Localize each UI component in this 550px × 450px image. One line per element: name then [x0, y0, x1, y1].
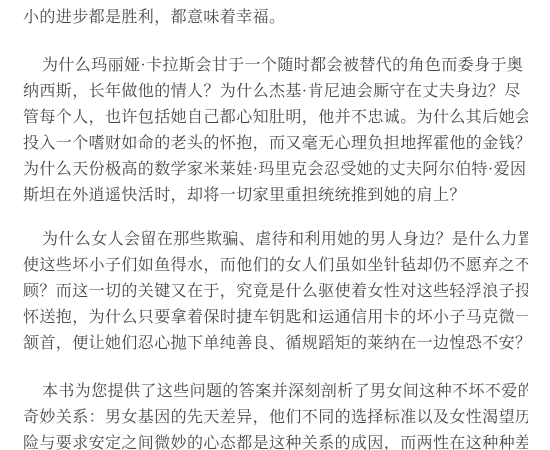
text-line: 为什么玛丽娅·卡拉斯会甘于一个随时都会被替代的角色而委身于奥 [23, 53, 528, 79]
text-line: 管每个人，也许包括她自己都心知肚明，他并不忠诚。为什么其后她会 [23, 105, 528, 131]
book-page: 小的进步都是胜利，都意味着幸福。 为什么玛丽娅·卡拉斯会甘于一个随时都会被替代的… [0, 0, 550, 450]
paragraph-4: 本书为您提供了这些问题的答案并深刻剖析了男女间这种不坏不爱的 奇妙关系：男女基因… [23, 379, 528, 450]
text-line: 怀送抱，为什么只要拿着保时捷车钥匙和运通信用卡的坏小子马克微一 [23, 305, 528, 331]
paragraph-1: 小的进步都是胜利，都意味着幸福。 [23, 5, 528, 31]
text-line: 为什么天份极高的数学家米莱娃·玛里克会忍受她的丈夫阿尔伯特·爱因 [23, 157, 528, 183]
text-line: 奇妙关系：男女基因的先天差异，他们不同的选择标准以及女性渴望历 [23, 405, 528, 431]
text-line: 纳西斯，长年做他的情人？为什么杰基·肯尼迪会厮守在丈夫身边？尽 [23, 79, 528, 105]
text-line: 斯坦在外逍遥快活时，却将一切家里重担统统推到她的肩上？ [23, 183, 528, 209]
document-body: { "page": { "background_color": "#ffffff… [0, 0, 550, 450]
text-line: 颔首，便让她们忍心抛下单纯善良、循规蹈矩的莱纳在一边惶恐不安？ [23, 331, 528, 357]
text-line: 本书为您提供了这些问题的答案并深刻剖析了男女间这种不坏不爱的 [23, 379, 528, 405]
paragraph-2: 为什么玛丽娅·卡拉斯会甘于一个随时都会被替代的角色而委身于奥 纳西斯，长年做他的… [23, 53, 528, 209]
text-line: 投入一个嗜财如命的老头的怀抱，而又毫无心理负担地挥霍他的金钱？ [23, 131, 528, 157]
text-line: 小的进步都是胜利，都意味着幸福。 [23, 5, 528, 31]
text-line: 为什么女人会留在那些欺骗、虐待和利用她的男人身边？是什么力置 [23, 227, 528, 253]
text-line: 使这些坏小子们如鱼得水，而他们的女人们虽如坐针毡却仍不愿弃之不 [23, 253, 528, 279]
text-line: 险与要求安定之间微妙的心态都是这种关系的成因，而两性在这种种差 [23, 431, 528, 450]
paragraph-3: 为什么女人会留在那些欺骗、虐待和利用她的男人身边？是什么力置 使这些坏小子们如鱼… [23, 227, 528, 357]
text-line: 顾？而这一切的关键又在于，究竟是什么驱使着女性对这些轻浮浪子投 [23, 279, 528, 305]
